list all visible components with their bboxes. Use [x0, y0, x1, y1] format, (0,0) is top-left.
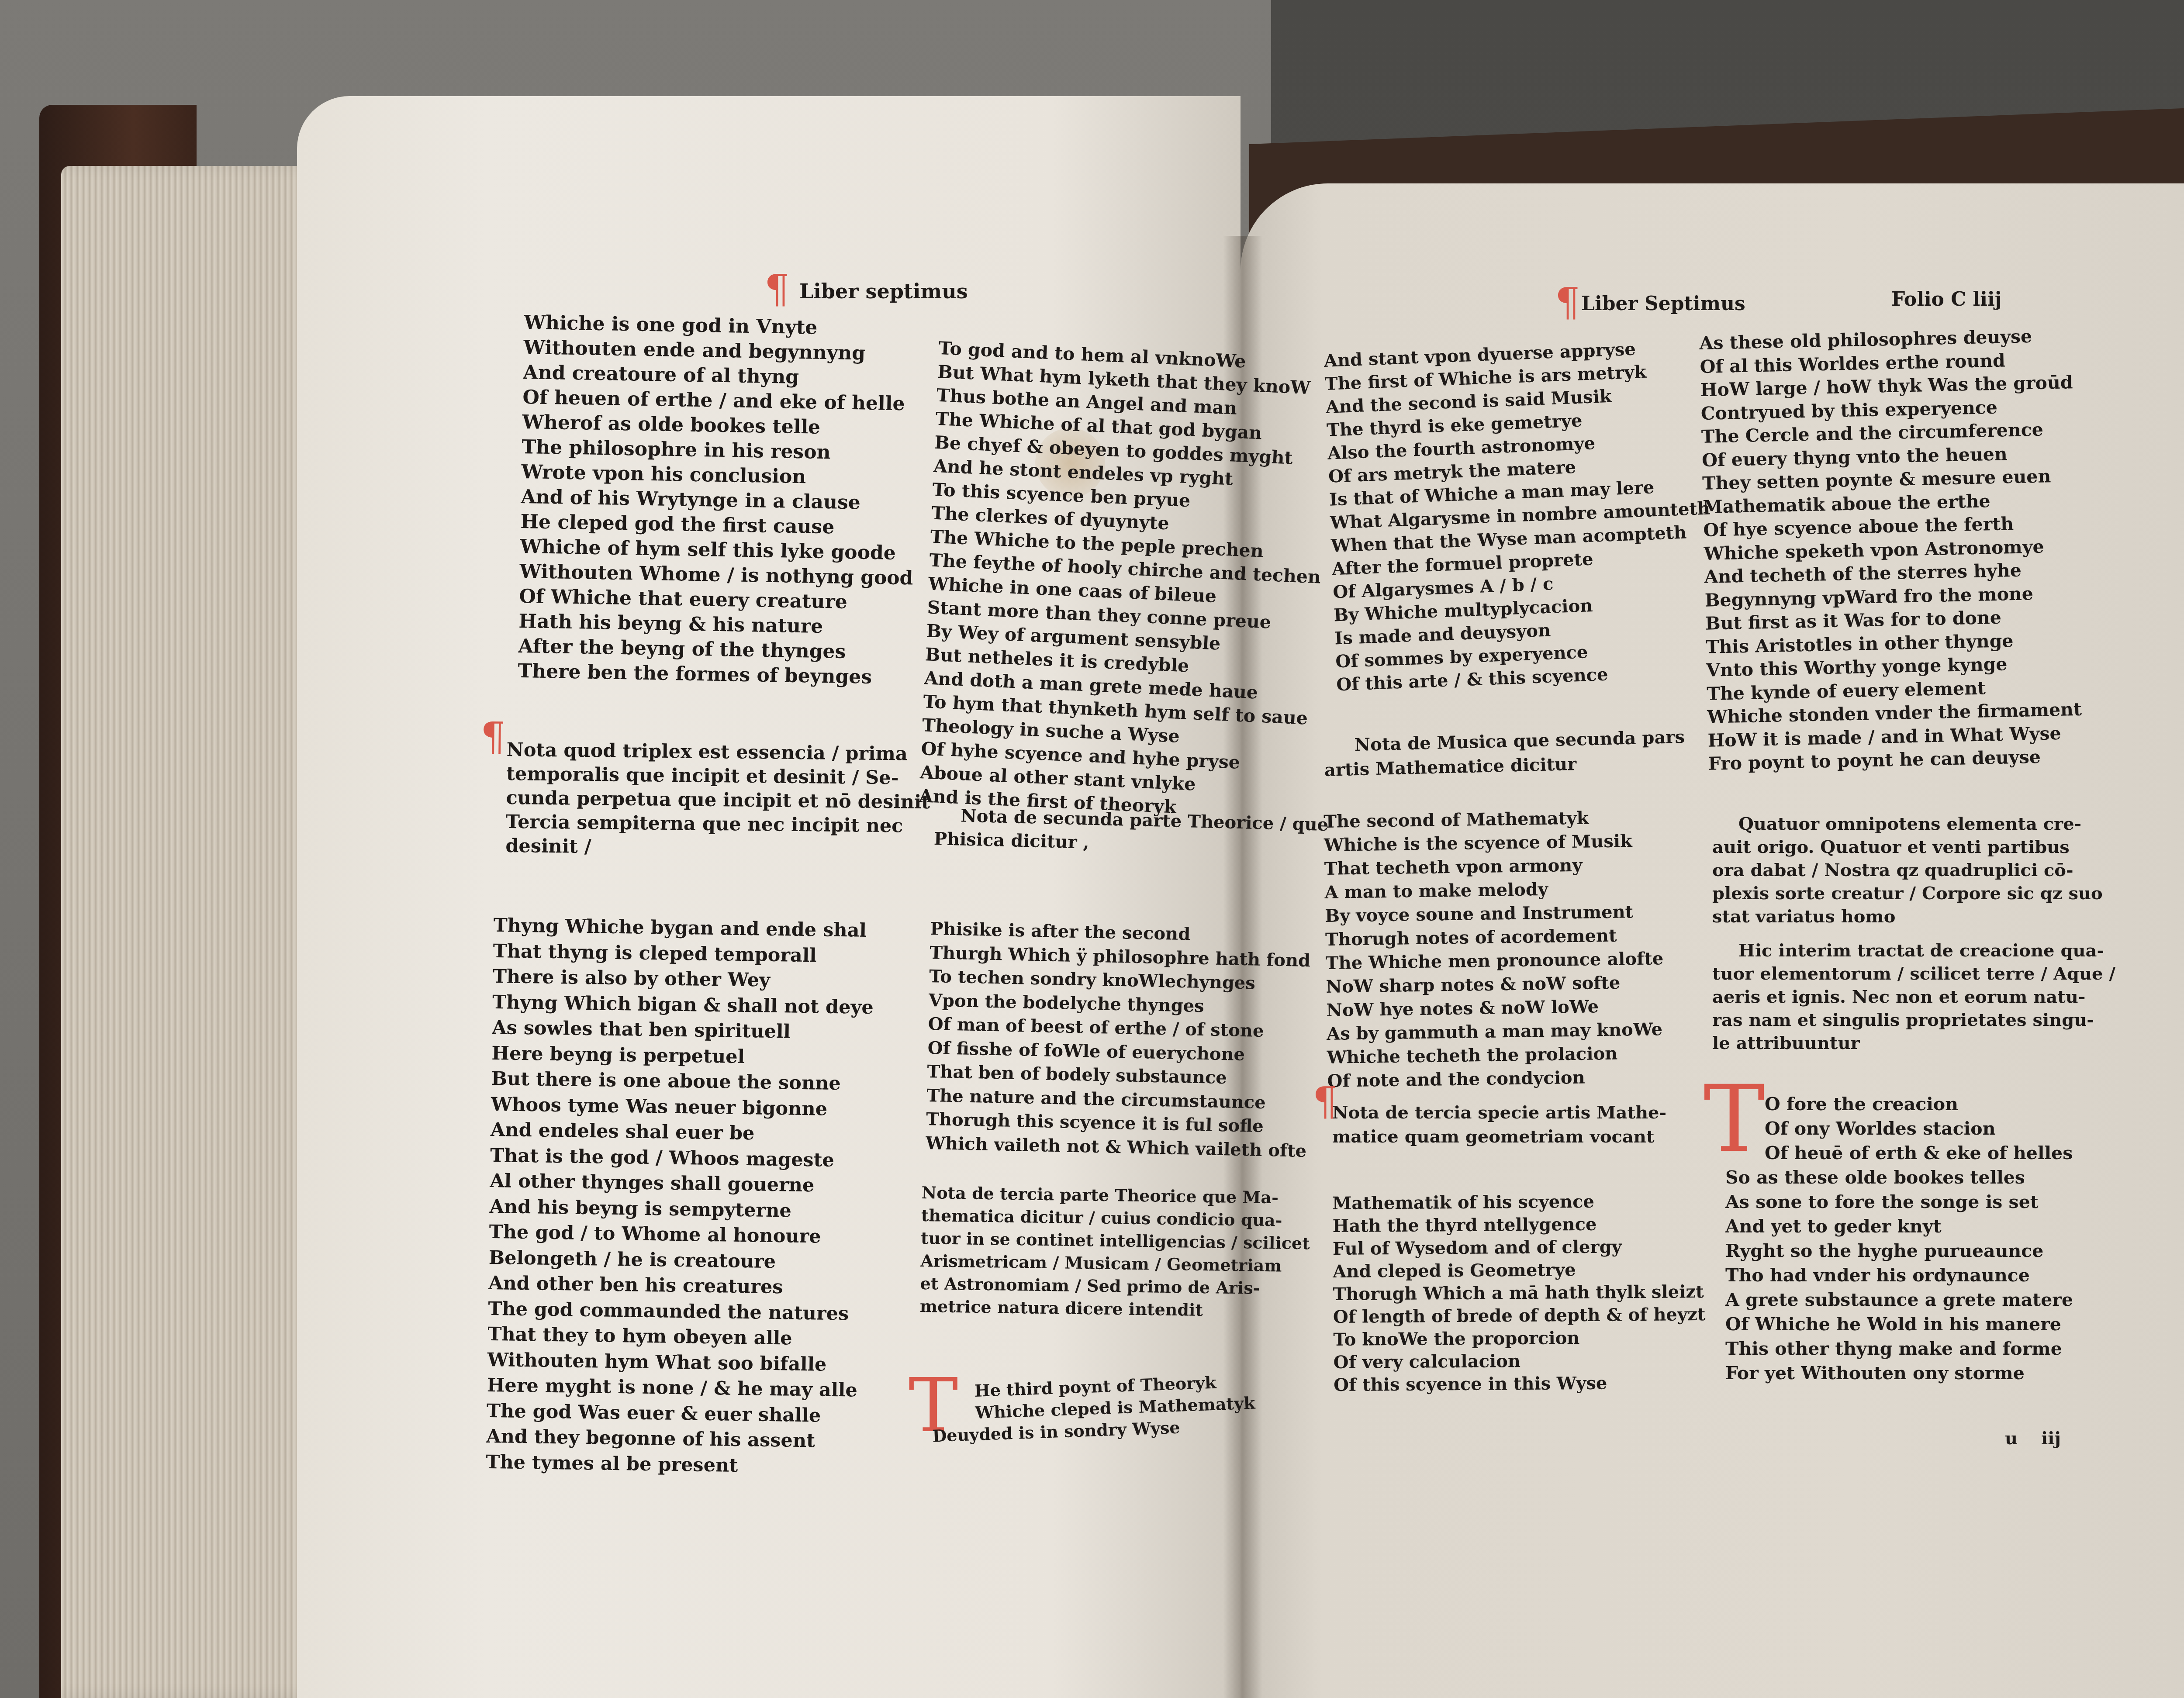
- right-col1-latin-note1: Nota de Musica que secunda pars artis Ma…: [1324, 725, 1696, 783]
- note-line: le attribuuntur: [1712, 1032, 2092, 1055]
- right-col2-latin-note1: Quatuor omnipotens elementa cre- auit or…: [1712, 812, 2092, 928]
- running-head-text: Liber septimus: [799, 280, 968, 303]
- left-col1-latin-note: ¶ Nota quod triplex est essencia / prima…: [505, 738, 891, 862]
- verse-line: Of very calculacion: [1334, 1349, 1706, 1374]
- left-col2-latin-note2: Nota de tercia parte Theorice que Ma- th…: [920, 1181, 1254, 1322]
- verse-line: A grete substaunce a grete matere: [1725, 1287, 2073, 1312]
- note-line: tuor elementorum / scilicet terre / Aque…: [1712, 962, 2092, 985]
- note-line: aeris et ignis. Nec non et eorum natu-: [1712, 985, 2092, 1008]
- verse-line: Whiche techeth the prolacion: [1327, 1041, 1665, 1070]
- note-line: Nota quod triplex est essencia / prima: [506, 738, 891, 766]
- verse-line: Of heuē of erth & eke of helles: [1725, 1141, 2073, 1165]
- left-col2-latin-note1: Nota de secunda parte Theorice / que Phi…: [933, 804, 1240, 858]
- verse-line: Of length of brede of depth & of heyzt: [1333, 1303, 1706, 1329]
- verse-line: Ryght so the hyghe purueaunce: [1725, 1239, 2073, 1263]
- right-col2-latin-note2: Hic interim tractat de creacione qua- tu…: [1712, 939, 2092, 1055]
- note-line: Quatuor omnipotens elementa cre-: [1712, 812, 2092, 835]
- verse-line: For yet Withouten ony storme: [1725, 1361, 2073, 1385]
- verse-line: And yet to geder knyt: [1725, 1214, 2073, 1239]
- note-line: Hic interim tractat de creacione qua-: [1712, 939, 2092, 962]
- note-line: Nota de tercia specie artis Mathe-: [1332, 1101, 1704, 1125]
- right-col2-verse2: O fore the creacion Of ony Worldes staci…: [1725, 1092, 2073, 1385]
- verse-line: Of this scyence in this Wyse: [1334, 1371, 1706, 1397]
- right-running-head: ¶ Liber Septimus: [1581, 293, 1745, 315]
- left-col2-verse1: To god and to hem al vnknoWe But What hy…: [919, 336, 1330, 825]
- left-col1-verse1: Whiche is one god in Vnyte Withouten end…: [518, 310, 918, 690]
- right-col1-verse2: The second of Mathematyk Whiche is the s…: [1324, 805, 1665, 1093]
- pilcrow-icon: ¶: [764, 266, 789, 312]
- left-col2-verse2: Phisike is after the second Thurgh Which…: [926, 917, 1311, 1163]
- verse-line: Thorugh Which a mā hath thylk sleizt: [1333, 1280, 1705, 1306]
- right-col1-verse1: And stant vpon dyuerse appryse The first…: [1324, 335, 1717, 697]
- verse-line: Mathematik of his scyence: [1332, 1190, 1705, 1215]
- verse-line: Tho had vnder his ordynaunce: [1725, 1263, 2073, 1287]
- right-col1-verse3: Mathematik of his scyence Hath the thyrd…: [1332, 1190, 1706, 1397]
- verse-line: Hath the thyrd ntellygence: [1332, 1212, 1705, 1238]
- verse-line: To knoWe the proporcion: [1333, 1326, 1706, 1351]
- right-col2-verse1: As these old philosophres deuyse Of al t…: [1699, 324, 2083, 776]
- pilcrow-icon: ¶: [1555, 280, 1580, 325]
- verse-line: Of Whiche he Wold in his manere: [1725, 1312, 2073, 1336]
- note-line: metrice natura dicere intendit: [920, 1295, 1252, 1322]
- note-line: auit origo. Quatuor et venti partibus: [1712, 835, 2092, 859]
- running-head-text: Liber Septimus: [1581, 293, 1745, 315]
- note-line: stat variatus homo: [1712, 905, 2092, 928]
- note-line: cunda perpetua que incipit et nō desinit: [506, 786, 891, 814]
- verse-line: This other thyng make and forme: [1725, 1336, 2073, 1361]
- verse-line: NoW sharp notes & noW softe: [1326, 970, 1664, 999]
- verse-line: So as these olde bookes telles: [1725, 1165, 2073, 1190]
- verse-line: O fore the creacion: [1725, 1092, 2073, 1116]
- verse-line: And cleped is Geometrye: [1333, 1258, 1705, 1283]
- pilcrow-icon: ¶: [480, 725, 506, 749]
- left-running-head: ¶ Liber septimus: [799, 280, 968, 303]
- note-line: ras nam et singulis proprietates singu-: [1712, 1008, 2092, 1032]
- note-line: Tercia sempiterna que nec incipit nec: [506, 810, 891, 838]
- note-line: matice quam geometriam vocant: [1332, 1125, 1704, 1149]
- pilcrow-icon: ¶: [1313, 1090, 1337, 1114]
- note-line: temporalis que incipit et desinit / Se-: [506, 762, 891, 790]
- verse-line: Of note and the condycion: [1327, 1065, 1665, 1093]
- right-col1-latin-note2: ¶ Nota de tercia specie artis Mathe- mat…: [1332, 1101, 1704, 1149]
- note-line: desinit /: [505, 834, 890, 862]
- verse-line: Ful of Wysedom and of clergy: [1333, 1235, 1705, 1260]
- signature-mark: u iij: [2005, 1428, 2061, 1449]
- left-col2-verse3: He third poynt of Theoryk Whiche cleped …: [974, 1370, 1256, 1446]
- folio-number: Folio C liij: [1891, 288, 2002, 311]
- verse-line: The tymes al be present: [486, 1449, 867, 1480]
- left-col1-verse2: Thyng Whiche bygan and ende shal That th…: [486, 913, 875, 1480]
- note-line: ora dabat / Nostra qz quadruplici cō-: [1712, 859, 2092, 882]
- verse-line: Of ony Worldes stacion: [1725, 1116, 2073, 1141]
- verse-line: As sone to fore the songe is set: [1725, 1190, 2073, 1214]
- verse-line: Whiche is the scyence of Musik: [1324, 829, 1662, 857]
- note-line: plexis sorte creatur / Corpore sic qz su…: [1712, 882, 2092, 905]
